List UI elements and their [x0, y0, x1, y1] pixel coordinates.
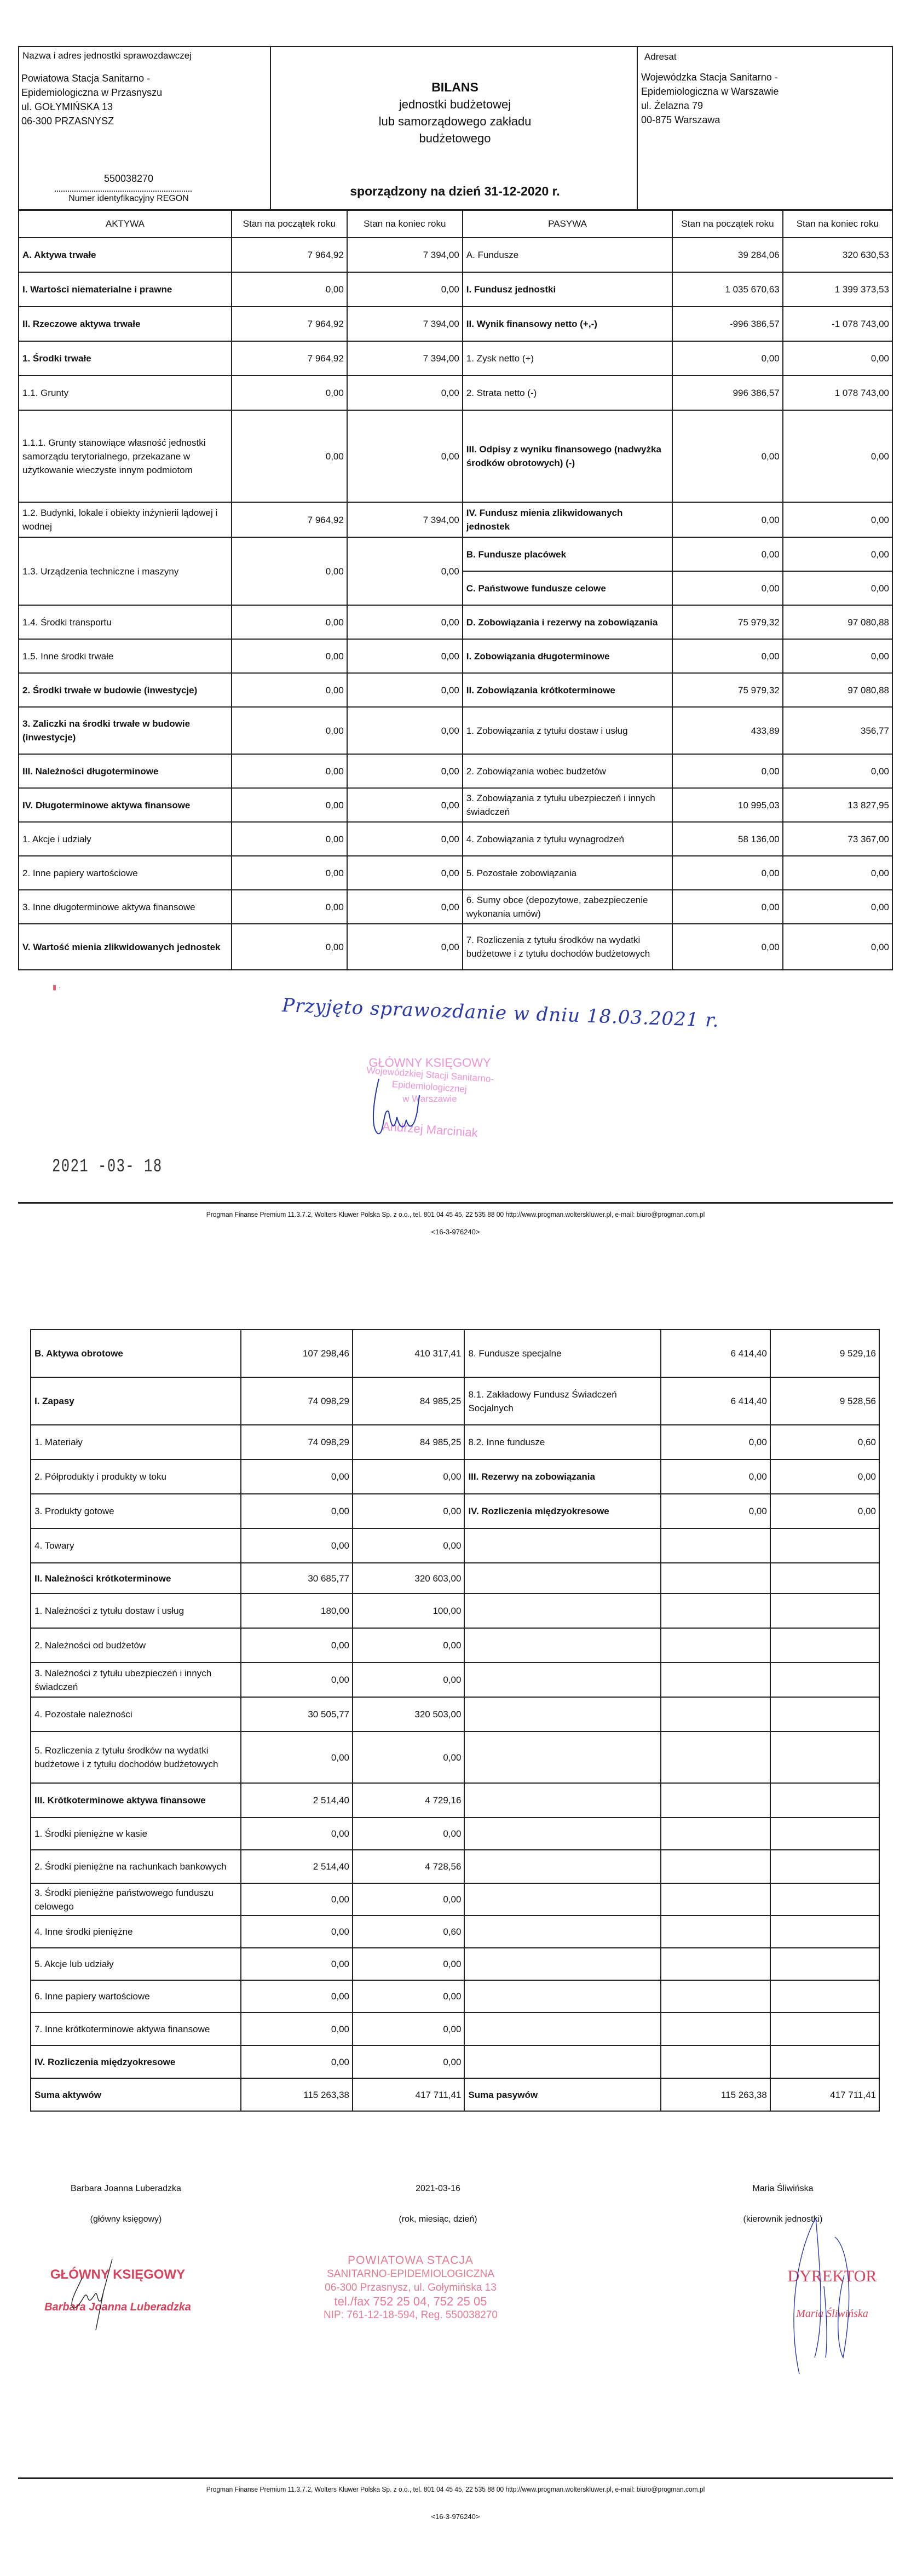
addressee-caption: Adresat: [644, 51, 677, 62]
pasywa-label: Suma pasywów: [464, 2078, 660, 2111]
aktywa-label: IV. Długoterminowe aktywa finansowe: [19, 788, 232, 822]
pasywa-label: 6. Sumy obce (depozytowe, zabezpieczenie…: [463, 890, 673, 924]
table-row: 6. Inne papiery wartościowe0,000,00: [31, 1980, 879, 2013]
aktywa-end-value: 0,00: [353, 2013, 464, 2045]
aktywa-start-value: 7 964,92: [232, 502, 347, 537]
pasywa-start-value: 0,00: [672, 341, 782, 376]
pasywa-start-value: 0,00: [661, 1425, 770, 1459]
aktywa-start-value: 0,00: [232, 410, 347, 502]
aktywa-start-value: 0,00: [241, 1663, 353, 1697]
aktywa-label: 2. Środki trwałe w budowie (inwestycje): [19, 673, 232, 707]
pasywa-end-value: 0,00: [783, 754, 892, 788]
stamp-line: NIP: 761-12-18-594, Reg. 550038270: [312, 2308, 509, 2322]
stamp-line: SANITARNO-EPIDEMIOLOGICZNA: [312, 2267, 509, 2281]
aktywa-label: II. Rzeczowe aktywa trwałe: [19, 307, 232, 341]
aktywa-label: 3. Produkty gotowe: [31, 1494, 241, 1528]
table-row: 5. Rozliczenia z tytułu środków na wydat…: [31, 1732, 879, 1783]
aktywa-end-value: 0,00: [347, 605, 463, 639]
table-row: III. Należności długoterminowe0,000,002.…: [19, 754, 892, 788]
table-row: II. Rzeczowe aktywa trwałe7 964,927 394,…: [19, 307, 892, 341]
aktywa-label: 7. Inne krótkoterminowe aktywa finansowe: [31, 2013, 241, 2045]
aktywa-label: 3. Należności z tytułu ubezpieczeń i inn…: [31, 1663, 241, 1697]
pasywa-start-value: 0,00: [672, 639, 782, 673]
aktywa-start-value: 0,00: [241, 1980, 353, 2013]
aktywa-start-value: 107 298,46: [241, 1330, 353, 1377]
received-date-stamp: 2021 -03- 18: [52, 1157, 163, 1177]
table-row: IV. Rozliczenia międzyokresowe0,000,00: [31, 2045, 879, 2078]
table-row: 2. Półprodukty i produkty w toku0,000,00…: [31, 1459, 879, 1494]
aktywa-start-value: 74 098,29: [241, 1377, 353, 1425]
aktywa-label: 4. Inne środki pieniężne: [31, 1916, 241, 1948]
pasywa-label: [464, 1980, 660, 2013]
pasywa-end-value: 9 529,16: [770, 1330, 879, 1377]
pasywa-start-value: 0,00: [672, 924, 782, 970]
aktywa-end-value: 320 603,00: [353, 1563, 464, 1594]
pasywa-label: [464, 1732, 660, 1783]
pasywa-end-value: 0,00: [783, 410, 892, 502]
aktywa-end-value: 0,00: [347, 707, 463, 754]
aktywa-end-value: 320 503,00: [353, 1697, 464, 1732]
table-row: 1. Akcje i udziały0,000,004. Zobowiązani…: [19, 822, 892, 856]
pasywa-end-value: 0,00: [783, 856, 892, 890]
pasywa-start-value: 58 136,00: [672, 822, 782, 856]
pasywa-end-value: [770, 1818, 879, 1850]
aktywa-label: 1. Środki trwałe: [19, 341, 232, 376]
aktywa-end-value: 0,00: [347, 537, 463, 605]
pasywa-end-value: [770, 1883, 879, 1916]
table-row: 2. Środki trwałe w budowie (inwestycje)0…: [19, 673, 892, 707]
aktywa-end-value: 0,00: [353, 1732, 464, 1783]
pasywa-start-value: [661, 1948, 770, 1980]
aktywa-start-value: 0,00: [232, 856, 347, 890]
aktywa-start-value: 0,00: [232, 605, 347, 639]
address-line: 06-300 PRZASNYSZ: [21, 114, 162, 128]
title-line: BILANS: [431, 80, 478, 94]
aktywa-end-value: 0,00: [347, 890, 463, 924]
address-line: Powiatowa Stacja Sanitarno -: [21, 71, 162, 85]
aktywa-end-value: 0,00: [353, 1628, 464, 1663]
table-row: I. Wartości niematerialne i prawne0,000,…: [19, 272, 892, 307]
table-row: 1.2. Budynki, lokale i obiekty inżynieri…: [19, 502, 892, 537]
aktywa-label: 2. Należności od budżetów: [31, 1628, 241, 1663]
aktywa-start-value: 0,00: [241, 1732, 353, 1783]
pasywa-start-value: 75 979,32: [672, 605, 782, 639]
pasywa-label: A. Fundusze: [463, 238, 673, 272]
aktywa-label: 3. Inne długoterminowe aktywa finansowe: [19, 890, 232, 924]
pasywa-start-value: [661, 1980, 770, 2013]
aktywa-start-value: 0,00: [241, 1916, 353, 1948]
table-header-row: AKTYWA Stan na początek roku Stan na kon…: [19, 210, 892, 238]
pasywa-label: 8. Fundusze specjalne: [464, 1330, 660, 1377]
table-row: 3. Zaliczki na środki trwałe w budowie (…: [19, 707, 892, 754]
pasywa-end-value: [770, 2045, 879, 2078]
pasywa-start-value: [661, 1628, 770, 1663]
aktywa-label: A. Aktywa trwałe: [19, 238, 232, 272]
footer-divider: [18, 2477, 893, 2479]
signature-luberadzka: [57, 2256, 118, 2333]
aktywa-end-value: 7 394,00: [347, 238, 463, 272]
pasywa-label: 1. Zysk netto (+): [463, 341, 673, 376]
pasywa-end-value: 320 630,53: [783, 238, 892, 272]
aktywa-end-value: 0,00: [353, 1663, 464, 1697]
aktywa-end-value: 0,00: [353, 2045, 464, 2078]
pasywa-end-value: 97 080,88: [783, 673, 892, 707]
table-row: 1.3. Urządzenia techniczne i maszyny0,00…: [19, 537, 892, 571]
stamp-line: 06-300 Przasnysz, ul. Gołymińska 13: [312, 2281, 509, 2295]
aktywa-start-value: 0,00: [232, 754, 347, 788]
pasywa-label: B. Fundusze placówek: [463, 537, 673, 571]
pasywa-label: [464, 1883, 660, 1916]
aktywa-end-value: 0,00: [347, 754, 463, 788]
table-row: Suma aktywów115 263,38417 711,41Suma pas…: [31, 2078, 879, 2111]
pasywa-label: I. Fundusz jednostki: [463, 272, 673, 307]
stamp-fragment: ▮ ·: [53, 983, 61, 992]
reporting-unit-address: Powiatowa Stacja Sanitarno - Epidemiolog…: [21, 71, 162, 128]
pasywa-label: 1. Zobowiązania z tytułu dostaw i usług: [463, 707, 673, 754]
aktywa-label: 1.1.1. Grunty stanowiące własność jednos…: [19, 410, 232, 502]
pasywa-start-value: -996 386,57: [672, 307, 782, 341]
aktywa-end-value: 4 728,56: [353, 1850, 464, 1883]
aktywa-start-value: 115 263,38: [241, 2078, 353, 2111]
aktywa-start-value: 0,00: [232, 639, 347, 673]
pasywa-end-value: 0,00: [770, 1459, 879, 1494]
address-line: 00-875 Warszawa: [641, 113, 779, 127]
pasywa-start-value: [661, 1850, 770, 1883]
aktywa-end-value: 0,00: [353, 1948, 464, 1980]
pasywa-label: [464, 1818, 660, 1850]
aktywa-end-value: 0,00: [353, 1528, 464, 1563]
pasywa-label: [464, 1528, 660, 1563]
table-row: 2. Należności od budżetów0,000,00: [31, 1628, 879, 1663]
aktywa-label: V. Wartość mienia zlikwidowanych jednost…: [19, 924, 232, 970]
title-line: budżetowego: [419, 131, 491, 145]
balance-table-page2: B. Aktywa obrotowe107 298,46410 317,418.…: [30, 1329, 880, 2112]
signature-date: 2021-03-16 (rok, miesiąc, dzień): [378, 2184, 498, 2224]
pasywa-label: [464, 2013, 660, 2045]
accountant-name: Barbara Joanna Luberadzka: [71, 2184, 181, 2193]
aktywa-start-value: 0,00: [241, 2045, 353, 2078]
pasywa-start-value: [661, 1594, 770, 1628]
table-row: II. Należności krótkoterminowe30 685,773…: [31, 1563, 879, 1594]
table-row: I. Zapasy74 098,2984 985,258.1. Zakładow…: [31, 1377, 879, 1425]
pasywa-end-value: 0,00: [783, 537, 892, 571]
document-title: BILANS jednostki budżetowej lub samorząd…: [271, 79, 639, 147]
address-line: ul. GOŁYMIŃSKA 13: [21, 100, 162, 114]
reporting-unit-caption: Nazwa i adres jednostki sprawozdawczej: [22, 50, 192, 61]
pasywa-end-value: [770, 1980, 879, 2013]
pasywa-label: [464, 1563, 660, 1594]
aktywa-end-value: 0,00: [347, 822, 463, 856]
report-date: sporządzony na dzień 31-12-2020 r.: [271, 184, 639, 199]
title-box: BILANS jednostki budżetowej lub samorząd…: [271, 47, 639, 209]
table-row: A. Aktywa trwałe7 964,927 394,00A. Fundu…: [19, 238, 892, 272]
table-row: IV. Długoterminowe aktywa finansowe0,000…: [19, 788, 892, 822]
pasywa-label: [464, 1850, 660, 1883]
aktywa-end-value: 0,00: [347, 272, 463, 307]
pasywa-label: [464, 1663, 660, 1697]
footer-document-code: <16-3-976240>: [0, 1228, 911, 1236]
pasywa-start-value: 0,00: [672, 502, 782, 537]
pasywa-end-value: [770, 1948, 879, 1980]
aktywa-start-value: 0,00: [232, 924, 347, 970]
pasywa-start-value: 0,00: [672, 754, 782, 788]
aktywa-label: 5. Rozliczenia z tytułu środków na wydat…: [31, 1732, 241, 1783]
table-row: 4. Inne środki pieniężne0,000,60: [31, 1916, 879, 1948]
pasywa-label: 3. Zobowiązania z tytułu ubezpieczeń i i…: [463, 788, 673, 822]
accountant-role: (główny księgowy): [66, 2215, 186, 2224]
aktywa-label: 3. Środki pieniężne państwowego funduszu…: [31, 1883, 241, 1916]
aktywa-start-value: 74 098,29: [241, 1425, 353, 1459]
pasywa-end-value: [770, 1563, 879, 1594]
table-row: 1.1.1. Grunty stanowiące własność jednos…: [19, 410, 892, 502]
pasywa-start-value: [661, 1663, 770, 1697]
aktywa-end-value: 100,00: [353, 1594, 464, 1628]
aktywa-label: 1.5. Inne środki trwałe: [19, 639, 232, 673]
pasywa-end-value: [770, 1916, 879, 1948]
pasywa-start-value: [661, 1732, 770, 1783]
aktywa-label: IV. Rozliczenia międzyokresowe: [31, 2045, 241, 2078]
pasywa-end-value: [770, 1732, 879, 1783]
aktywa-label: 1.1. Grunty: [19, 376, 232, 410]
aktywa-end-value: 0,00: [353, 1883, 464, 1916]
pasywa-start-value: 0,00: [672, 890, 782, 924]
aktywa-start-value: 0,00: [241, 1818, 353, 1850]
aktywa-label: I. Zapasy: [31, 1377, 241, 1425]
addressee-address: Wojewódzka Stacja Sanitarno - Epidemiolo…: [641, 70, 779, 127]
aktywa-label: II. Należności krótkoterminowe: [31, 1563, 241, 1594]
pasywa-label: [464, 1916, 660, 1948]
address-line: Epidemiologiczna w Przasnyszu: [21, 85, 162, 100]
footer-divider: [18, 1202, 893, 1204]
aktywa-label: 6. Inne papiery wartościowe: [31, 1980, 241, 2013]
aktywa-start-value: 0,00: [232, 673, 347, 707]
pasywa-label: 8.1. Zakładowy Fundusz Świadczeń Socjaln…: [464, 1377, 660, 1425]
aktywa-start-value: 0,00: [241, 1883, 353, 1916]
pasywa-end-value: 0,00: [783, 890, 892, 924]
title-line: jednostki budżetowej: [399, 97, 511, 111]
table-row: B. Aktywa obrotowe107 298,46410 317,418.…: [31, 1330, 879, 1377]
table-row: 3. Produkty gotowe0,000,00IV. Rozliczeni…: [31, 1494, 879, 1528]
pasywa-end-value: [770, 1850, 879, 1883]
aktywa-start-value: 0,00: [241, 1459, 353, 1494]
address-line: Wojewódzka Stacja Sanitarno -: [641, 70, 779, 84]
footer-software-info: Progman Finanse Premium 11.3.7.2, Wolter…: [53, 1210, 858, 1218]
pasywa-label: 7. Rozliczenia z tytułu środków na wydat…: [463, 924, 673, 970]
pasywa-start-value: 0,00: [672, 571, 782, 605]
stamp-line: POWIATOWA STACJA: [312, 2253, 509, 2267]
footer-software-info: Progman Finanse Premium 11.3.7.2, Wolter…: [53, 2485, 858, 2493]
pasywa-end-value: 0,00: [783, 571, 892, 605]
pasywa-start-value: 115 263,38: [661, 2078, 770, 2111]
aktywa-start-value: 30 505,77: [241, 1697, 353, 1732]
table-row: 1.1. Grunty0,000,002. Strata netto (-)99…: [19, 376, 892, 410]
stamp-line: tel./fax 752 25 04, 752 25 05: [312, 2295, 509, 2308]
aktywa-start-value: 30 685,77: [241, 1563, 353, 1594]
aktywa-end-value: 0,00: [353, 1459, 464, 1494]
pasywa-start-value: 0,00: [672, 410, 782, 502]
aktywa-label: 4. Towary: [31, 1528, 241, 1563]
aktywa-label: 1.2. Budynki, lokale i obiekty inżynieri…: [19, 502, 232, 537]
aktywa-label: 3. Zaliczki na środki trwałe w budowie (…: [19, 707, 232, 754]
aktywa-label: 1. Akcje i udziały: [19, 822, 232, 856]
handwritten-received-note: Przyjęto sprawozdanie w dniu 18.03.2021 …: [282, 994, 720, 1032]
reporting-unit-box: Nazwa i adres jednostki sprawozdawczej P…: [19, 47, 271, 209]
pasywa-end-value: 0,00: [783, 639, 892, 673]
director-name: Maria Śliwińska: [752, 2184, 813, 2193]
aktywa-end-value: 410 317,41: [353, 1330, 464, 1377]
pasywa-start-value: 6 414,40: [661, 1330, 770, 1377]
table-row: 4. Pozostałe należności30 505,77320 503,…: [31, 1697, 879, 1732]
pasywa-label: 5. Pozostałe zobowiązania: [463, 856, 673, 890]
pasywa-start-value: [661, 1528, 770, 1563]
aktywa-label: B. Aktywa obrotowe: [31, 1330, 241, 1377]
pasywa-label: III. Rezerwy na zobowiązania: [464, 1459, 660, 1494]
pasywa-end-value: [770, 2013, 879, 2045]
aktywa-start-value: 0,00: [232, 537, 347, 605]
pasywa-end-value: 0,00: [770, 1494, 879, 1528]
footer-document-code: <16-3-976240>: [0, 2512, 911, 2521]
pasywa-end-value: 0,00: [783, 341, 892, 376]
signature-marciniak: [367, 1073, 427, 1139]
pasywa-end-value: 1 078 743,00: [783, 376, 892, 410]
table-row: 2. Środki pieniężne na rachunkach bankow…: [31, 1850, 879, 1883]
aktywa-end-value: 0,00: [347, 788, 463, 822]
aktywa-end-value: 0,00: [347, 410, 463, 502]
signature-accountant: Barbara Joanna Luberadzka (główny księgo…: [66, 2184, 186, 2224]
aktywa-end-value: 0,00: [347, 376, 463, 410]
aktywa-start-value: 7 964,92: [232, 238, 347, 272]
table-row: 1.5. Inne środki trwałe0,000,00I. Zobowi…: [19, 639, 892, 673]
aktywa-start-value: 7 964,92: [232, 307, 347, 341]
regon-caption: Numer identyfikacyjny REGON: [19, 194, 238, 204]
aktywa-end-value: 417 711,41: [353, 2078, 464, 2111]
table-row: 5. Akcje lub udziały0,000,00: [31, 1948, 879, 1980]
pasywa-end-value: 73 367,00: [783, 822, 892, 856]
pasywa-label: [464, 2045, 660, 2078]
aktywa-start-value: 180,00: [241, 1594, 353, 1628]
pasywa-end-value: 417 711,41: [770, 2078, 879, 2111]
pasywa-end-value: [770, 1783, 879, 1818]
aktywa-end-value: 0,00: [347, 924, 463, 970]
pasywa-label: III. Odpisy z wyniku finansowego (nadwyż…: [463, 410, 673, 502]
addressee-box: Adresat Wojewódzka Stacja Sanitarno - Ep…: [637, 46, 893, 210]
aktywa-label: 5. Akcje lub udziały: [31, 1948, 241, 1980]
signature-date-caption: (rok, miesiąc, dzień): [378, 2215, 498, 2224]
aktywa-start-value: 0,00: [232, 788, 347, 822]
pasywa-start-value: 6 414,40: [661, 1377, 770, 1425]
pasywa-start-value: [661, 1697, 770, 1732]
column-header-start: Stan na początek roku: [232, 210, 347, 238]
pasywa-end-value: 13 827,95: [783, 788, 892, 822]
pasywa-label: [464, 1948, 660, 1980]
aktywa-end-value: 84 985,25: [353, 1377, 464, 1425]
pasywa-start-value: 75 979,32: [672, 673, 782, 707]
pasywa-label: IV. Rozliczenia międzyokresowe: [464, 1494, 660, 1528]
pasywa-label: IV. Fundusz mienia zlikwidowanych jednos…: [463, 502, 673, 537]
pasywa-end-value: 0,00: [783, 502, 892, 537]
aktywa-label: 1. Środki pieniężne w kasie: [31, 1818, 241, 1850]
balance-table-page1: AKTYWA Stan na początek roku Stan na kon…: [18, 210, 893, 970]
aktywa-end-value: 0,00: [347, 639, 463, 673]
aktywa-start-value: 7 964,92: [232, 341, 347, 376]
aktywa-start-value: 0,00: [232, 376, 347, 410]
column-header-end: Stan na koniec roku: [783, 210, 892, 238]
pasywa-start-value: 10 995,03: [672, 788, 782, 822]
aktywa-label: 2. Środki pieniężne na rachunkach bankow…: [31, 1850, 241, 1883]
table-row: 3. Należności z tytułu ubezpieczeń i inn…: [31, 1663, 879, 1697]
pasywa-label: [464, 1697, 660, 1732]
pasywa-start-value: 996 386,57: [672, 376, 782, 410]
pasywa-label: 4. Zobowiązania z tytułu wynagrodzeń: [463, 822, 673, 856]
table-row: 1.4. Środki transportu0,000,00D. Zobowią…: [19, 605, 892, 639]
pasywa-label: [464, 1628, 660, 1663]
aktywa-end-value: 84 985,25: [353, 1425, 464, 1459]
aktywa-start-value: 0,00: [232, 890, 347, 924]
pasywa-label: [464, 1594, 660, 1628]
signature-sliwinska: [783, 2215, 865, 2379]
regon-number: 550038270: [19, 173, 238, 185]
table-row: 3. Środki pieniężne państwowego funduszu…: [31, 1883, 879, 1916]
table-row: 1. Środki pieniężne w kasie0,000,00: [31, 1818, 879, 1850]
pasywa-label: 2. Zobowiązania wobec budżetów: [463, 754, 673, 788]
pasywa-end-value: 97 080,88: [783, 605, 892, 639]
aktywa-end-value: 0,00: [347, 856, 463, 890]
pasywa-start-value: [661, 1916, 770, 1948]
pasywa-start-value: [661, 2013, 770, 2045]
pasywa-label: 8.2. Inne fundusze: [464, 1425, 660, 1459]
aktywa-end-value: 7 394,00: [347, 307, 463, 341]
unit-stamp-text: POWIATOWA STACJA SANITARNO-EPIDEMIOLOGIC…: [312, 2253, 509, 2322]
aktywa-end-value: 0,60: [353, 1916, 464, 1948]
aktywa-start-value: 0,00: [241, 1528, 353, 1563]
aktywa-end-value: 7 394,00: [347, 502, 463, 537]
pasywa-label: I. Zobowiązania długoterminowe: [463, 639, 673, 673]
table-row: 7. Inne krótkoterminowe aktywa finansowe…: [31, 2013, 879, 2045]
pasywa-start-value: [661, 2045, 770, 2078]
table-row: 1. Środki trwałe7 964,927 394,001. Zysk …: [19, 341, 892, 376]
pasywa-end-value: [770, 1594, 879, 1628]
address-line: Epidemiologiczna w Warszawie: [641, 84, 779, 99]
table-row: 1. Należności z tytułu dostaw i usług180…: [31, 1594, 879, 1628]
title-line: lub samorządowego zakładu: [379, 114, 532, 128]
aktywa-start-value: 2 514,40: [241, 1850, 353, 1883]
aktywa-label: III. Krótkoterminowe aktywa finansowe: [31, 1783, 241, 1818]
aktywa-start-value: 0,00: [241, 1628, 353, 1663]
pasywa-label: 2. Strata netto (-): [463, 376, 673, 410]
table-row: 1. Materiały74 098,2984 985,258.2. Inne …: [31, 1425, 879, 1459]
pasywa-start-value: 39 284,06: [672, 238, 782, 272]
aktywa-start-value: 0,00: [232, 272, 347, 307]
table-row: III. Krótkoterminowe aktywa finansowe2 5…: [31, 1783, 879, 1818]
aktywa-label: Suma aktywów: [31, 2078, 241, 2111]
pasywa-end-value: 0,00: [783, 924, 892, 970]
aktywa-label: 1.3. Urządzenia techniczne i maszyny: [19, 537, 232, 605]
pasywa-end-value: -1 078 743,00: [783, 307, 892, 341]
pasywa-end-value: 9 528,56: [770, 1377, 879, 1425]
pasywa-end-value: [770, 1663, 879, 1697]
pasywa-end-value: 0,60: [770, 1425, 879, 1459]
table-row: 2. Inne papiery wartościowe0,000,005. Po…: [19, 856, 892, 890]
pasywa-start-value: 0,00: [672, 856, 782, 890]
pasywa-start-value: [661, 1883, 770, 1916]
aktywa-end-value: 0,00: [353, 1818, 464, 1850]
aktywa-start-value: 0,00: [241, 1948, 353, 1980]
aktywa-end-value: 0,00: [353, 1980, 464, 2013]
column-header-aktywa: AKTYWA: [19, 210, 232, 238]
aktywa-start-value: 0,00: [232, 822, 347, 856]
aktywa-end-value: 0,00: [347, 673, 463, 707]
aktywa-label: 1. Materiały: [31, 1425, 241, 1459]
